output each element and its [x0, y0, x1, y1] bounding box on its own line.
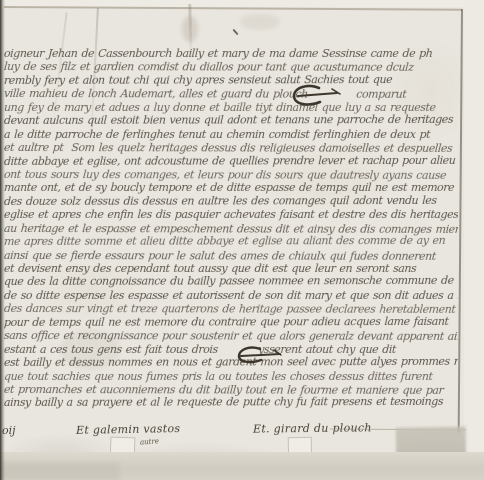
signature-note: autre [140, 437, 159, 446]
manuscript-line: a le ditte parroche de ferlinghes tenut … [4, 128, 458, 141]
et-ligature-icon [236, 346, 284, 365]
manuscript-line: que tout sachies que nous fumes pris la … [4, 370, 458, 383]
manuscript-line: eglise et apres che enfin les dis pasqui… [4, 208, 458, 221]
manuscript-line: estant a ces tous gens est fait tous dro… [4, 343, 458, 356]
manuscript-line: mante ont, et de sy boucly tempore et de… [4, 181, 458, 194]
manuscript-line: ainsy bailly a sa prayere et al le reque… [4, 395, 458, 410]
manuscript-line: est bailly et dessus nommes en nous et g… [4, 355, 458, 370]
manuscript-scan: oigneur Jehan de Cassenbourch bailly et … [0, 0, 484, 480]
parchment-right-edge [458, 9, 463, 433]
manuscript-line: rembly fery et alon tout chi qui chy apr… [4, 73, 458, 88]
manuscript-line: devant aulcuns quil estoit bien venus qu… [4, 113, 458, 128]
manuscript-line: des douze solz dessus dis dessus en ault… [4, 194, 458, 209]
pen-tick-mark [232, 29, 238, 36]
manuscript-line: que des la ditte congnoissance du bailly… [4, 274, 458, 289]
manuscript-line: oigneur Jehan de Cassenbourch bailly et … [4, 47, 458, 60]
manuscript-line: sans office et recongnissance pour soust… [4, 329, 458, 343]
et-ligature-icon [291, 84, 343, 108]
manuscript-line: ditte abbaye et eglise, ont adcoustume d… [4, 153, 458, 168]
manuscript-line: me apres ditte somme et alieu ditte abba… [4, 234, 458, 249]
manuscript-text-block: oigneur Jehan de Cassenbourch bailly et … [4, 47, 458, 415]
scan-right-margin [464, 0, 484, 480]
fold-shadow [0, 462, 120, 480]
manuscript-line: pour de temps quil ne est memore du cont… [4, 315, 458, 330]
manuscript-line: de so ditte espense les espasse et autor… [4, 289, 458, 302]
ink-smudge [182, 16, 198, 42]
scan-left-edge [0, 0, 5, 480]
signature-left: Et galemin vastos [76, 422, 181, 437]
manuscript-line: ville mahieu de lonch Audemart, alles et… [4, 87, 458, 101]
manuscript-line: ainsi que se fierde essaurs pour le salu… [4, 249, 458, 263]
stain [240, 14, 280, 30]
